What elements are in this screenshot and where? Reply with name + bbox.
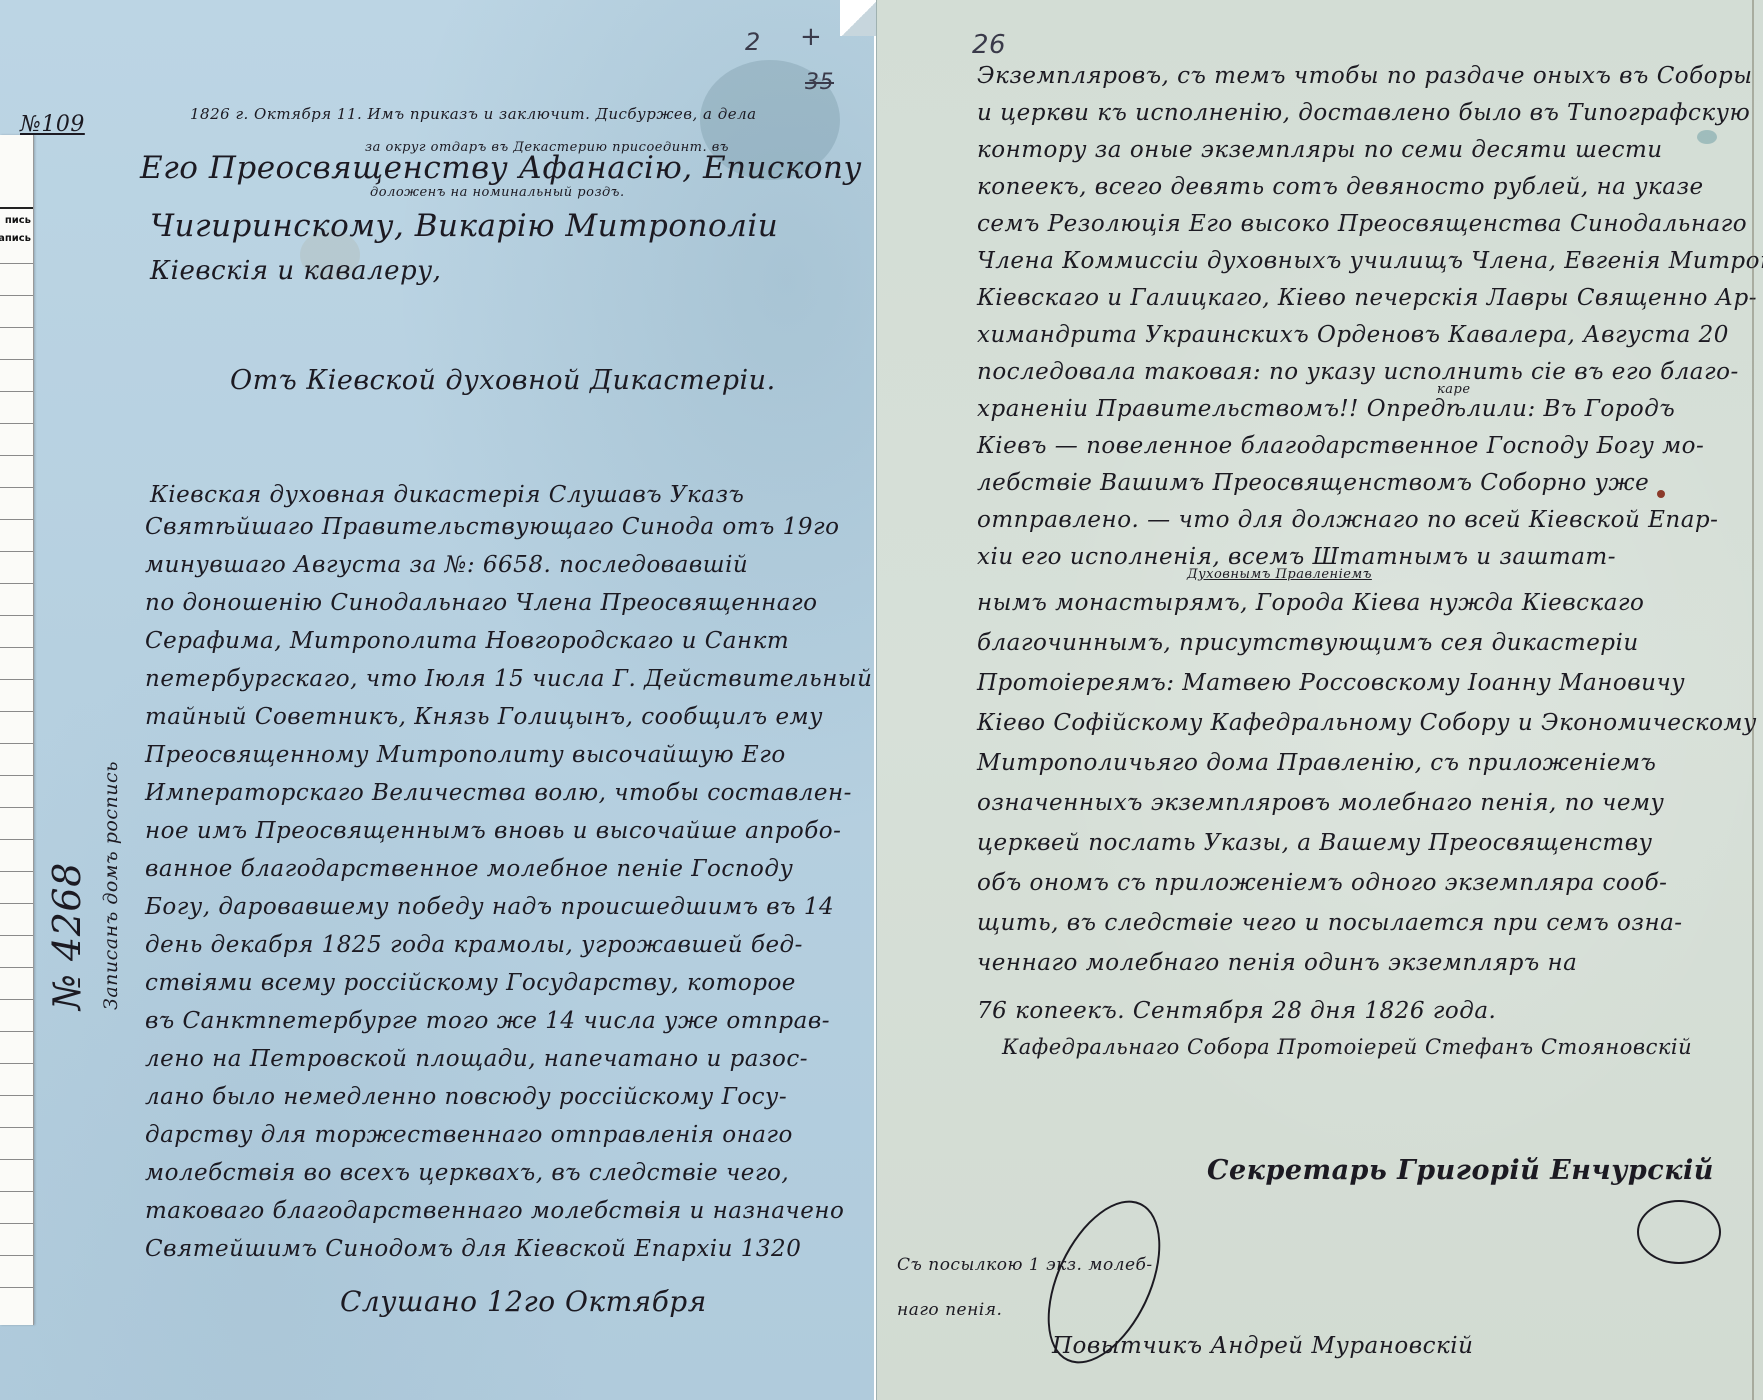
body-line: нымъ монастырямъ, Города Кіева нужда Кіе… [977, 590, 1644, 616]
body-line: Кіевъ — повеленное благодарственное Госп… [977, 433, 1704, 459]
margin-note: Записанъ домъ роспись [100, 761, 122, 1010]
body-line: копеекъ, всего девять сотъ девяносто руб… [977, 174, 1704, 200]
body-line: дарству для торжественнаго отправленія о… [145, 1122, 793, 1148]
body-line: означенныхъ экземпляровъ молебнаго пенія… [977, 790, 1664, 816]
folio-mark-plus: + [800, 22, 822, 52]
address-line-1: Его Преосвященству Афанасію, Епископу [140, 150, 862, 186]
document-heading: Отъ Кіевской духовной Дикастеріи. [230, 365, 776, 396]
body-line: благочиннымъ, присутствующимъ сея дикаст… [977, 630, 1639, 656]
folio-mark-35: 35 [805, 70, 834, 95]
body-line: день декабря 1825 года крамолы, угрожавш… [145, 932, 803, 958]
body-line: семъ Резолюція Его высоко Преосвященства… [977, 211, 1747, 237]
signature-clerk: Повытчикъ Андрей Мурановскій [1052, 1333, 1473, 1359]
heard-date-note: Слушано 12го Октября [340, 1285, 707, 1318]
body-line: петербургскаго, что Іюля 15 числа Г. Дей… [145, 666, 872, 692]
body-line: контору за оные экземпляры по семи десят… [977, 137, 1663, 163]
interlinear-note: Духовнымъ Правленіемъ [1187, 567, 1372, 582]
body-line: 76 копеекъ. Сентября 28 дня 1826 года. [977, 998, 1496, 1024]
body-line: ствіями всему россійскому Государству, к… [145, 970, 796, 996]
body-line: Святѣйшаго Правительствующаго Синода отъ… [145, 514, 839, 540]
header-note: 1826 г. Октября 11. Имъ приказъ и заключ… [190, 105, 757, 123]
body-line: молебствія во всехъ церквахъ, въ следств… [145, 1160, 789, 1186]
body-line: въ Санктпетербурге того же 14 числа уже … [145, 1008, 830, 1034]
body-line: Кіевскаго и Галицкаго, Кіево печерскія Л… [977, 285, 1757, 311]
body-line: Императорскаго Величества волю, чтобы со… [145, 780, 852, 806]
margin-registry-number: № 4268 [45, 862, 89, 1010]
body-line: Кіево Софійскому Кафедральному Собору и … [977, 710, 1757, 736]
interlinear-note-2: каре [1437, 382, 1471, 397]
signature-flourish [1637, 1200, 1721, 1264]
body-line: Члена Коммиссіи духовныхъ училищъ Члена,… [977, 248, 1763, 274]
page-corner-fold [840, 0, 880, 36]
body-line: Серафима, Митрополита Новгородскаго и Са… [145, 628, 789, 654]
signature-archpriest: Кафедральнаго Собора Протоіерей Стефанъ … [1002, 1035, 1692, 1059]
body-line: Экземпляровъ, съ темъ чтобы по раздаче о… [977, 63, 1752, 89]
body-line: минувшаго Августа за №: 6658. последовав… [145, 552, 748, 578]
folio-mark-26: 26 [972, 30, 1006, 60]
body-line: объ ономъ съ приложеніемъ одного экземпл… [977, 870, 1667, 896]
red-spot [1657, 490, 1665, 498]
body-line: ванное благодарственное молебное пеніе Г… [145, 856, 793, 882]
body-line: Протоіереямъ: Матвею Россовскому Іоанну … [977, 670, 1685, 696]
body-line: последовала таковая: по указу исполнить … [977, 359, 1739, 385]
body-line: лено на Петровской площади, напечатано и… [145, 1046, 808, 1072]
address-line-2: Чигиринскому, Викарію Митрополіи [150, 208, 778, 244]
body-line: церквей послать Указы, а Вашему Преосвящ… [977, 830, 1652, 856]
right-manuscript-page: 26 Экземпляровъ, съ темъ чтобы по раздач… [876, 0, 1763, 1400]
address-line-3: Кіевскія и кавалеру, [150, 256, 441, 286]
body-line: и церкви къ исполненію, доставлено было … [977, 100, 1750, 126]
enclosure-note-line-1: Съ посылкою 1 экз. молеб- [897, 1255, 1153, 1275]
signature-secretary: Секретарь Григорій Енчурскій [1207, 1155, 1714, 1186]
slip-label-1: пись [5, 215, 31, 226]
header-note-3: доложенъ на номинальный роздъ. [370, 185, 625, 200]
body-line: ное имъ Преосвященнымъ вновь и высочайше… [145, 818, 841, 844]
slip-label-2: запись [0, 233, 31, 244]
body-line: таковаго благодарственнаго молебствія и … [145, 1198, 844, 1224]
body-line: тайный Советникъ, Князь Голицынъ, сообщи… [145, 704, 823, 730]
body-line: отправлено. — что для должнаго по всей К… [977, 507, 1718, 533]
corner-number: №109 [20, 112, 85, 137]
body-line: Кіевская духовная дикастерія Слушавъ Ука… [150, 482, 744, 508]
body-line: Преосвященному Митрополиту высочайшую Ег… [145, 742, 786, 768]
folio-mark-2: 2 [745, 28, 761, 56]
body-line: храненіи Правительствомъ!! Опредѣлили: В… [977, 396, 1675, 422]
body-line: лано было немедленно повсюду россійскому… [145, 1084, 787, 1110]
body-line: по доношенію Синодальнаго Члена Преосвящ… [145, 590, 817, 616]
body-line: щить, въ следствіе чего и посылается при… [977, 910, 1683, 936]
left-manuscript-page: 2 + 35 №109 1826 г. Октября 11. Имъ прик… [0, 0, 874, 1400]
body-line: ченнаго молебнаго пенія одинъ экземпляръ… [977, 950, 1577, 976]
body-line: Богу, даровавшему победу надъ происшедши… [145, 894, 834, 920]
body-line: химандрита Украинскихъ Орденовъ Кавалера… [977, 322, 1729, 348]
body-line: Святейшимъ Синодомъ для Кіевской Епархіи… [145, 1236, 801, 1262]
ink-spot [1697, 130, 1717, 144]
register-slip: пись запись [0, 135, 34, 1325]
body-line: Митрополичьяго дома Правленію, съ прилож… [977, 750, 1656, 776]
body-line: лебствіе Вашимъ Преосвященствомъ Соборно… [977, 470, 1649, 496]
enclosure-note-line-2: наго пенія. [897, 1300, 1002, 1320]
